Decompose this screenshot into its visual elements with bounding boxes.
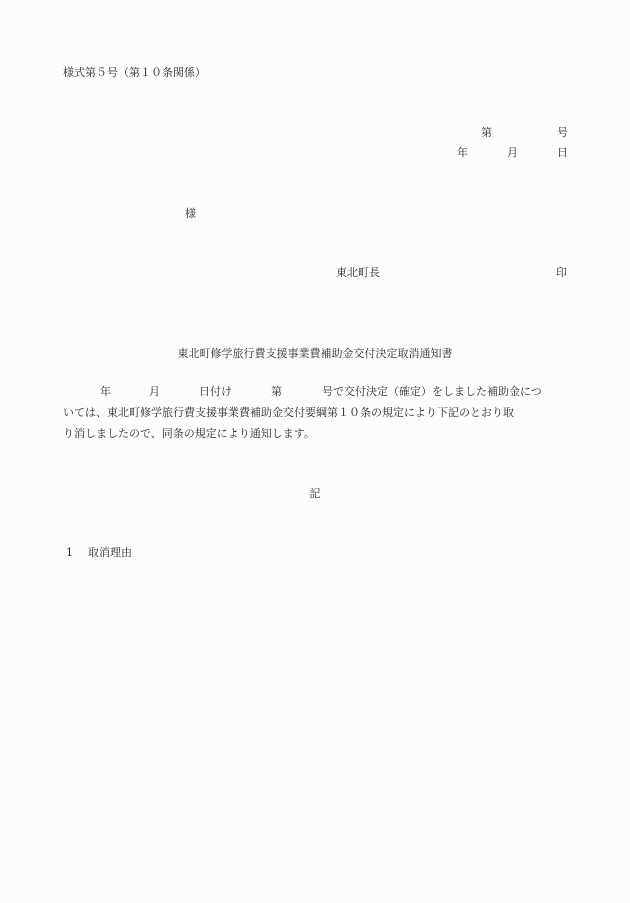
ki-heading: 記 (0, 487, 630, 501)
date-month: 月 (507, 146, 518, 160)
doc-number-suffix: 号 (557, 126, 568, 140)
body-year: 年 (100, 385, 111, 399)
date-year: 年 (457, 146, 468, 160)
document-title: 東北町修学旅行費支援事業費補助金交付決定取消通知書 (0, 347, 630, 361)
body-line-2: いては、東北町修学旅行費支援事業費補助金交付要綱第１０条の規定により下記のとおり… (63, 406, 567, 420)
form-number: 様式第５号（第１０条関係） (63, 66, 206, 80)
body-line-3: り消しましたので、同条の規定により通知します。 (63, 427, 567, 441)
sender-name: 東北町長 (336, 266, 380, 280)
recipient-honorific: 様 (185, 207, 196, 221)
date-day: 日 (557, 146, 568, 160)
item-label: 取消理由 (88, 546, 132, 560)
body-number-prefix: 第 (271, 385, 282, 399)
sender-seal: 印 (556, 266, 567, 280)
body-date-suffix: 日付け (199, 385, 232, 399)
item-number: 1 (66, 546, 73, 560)
doc-number-prefix: 第 (481, 126, 492, 140)
body-line-1-text: 号で交付決定（確定）をしました補助金につ (322, 385, 542, 399)
body-month: 月 (149, 385, 160, 399)
